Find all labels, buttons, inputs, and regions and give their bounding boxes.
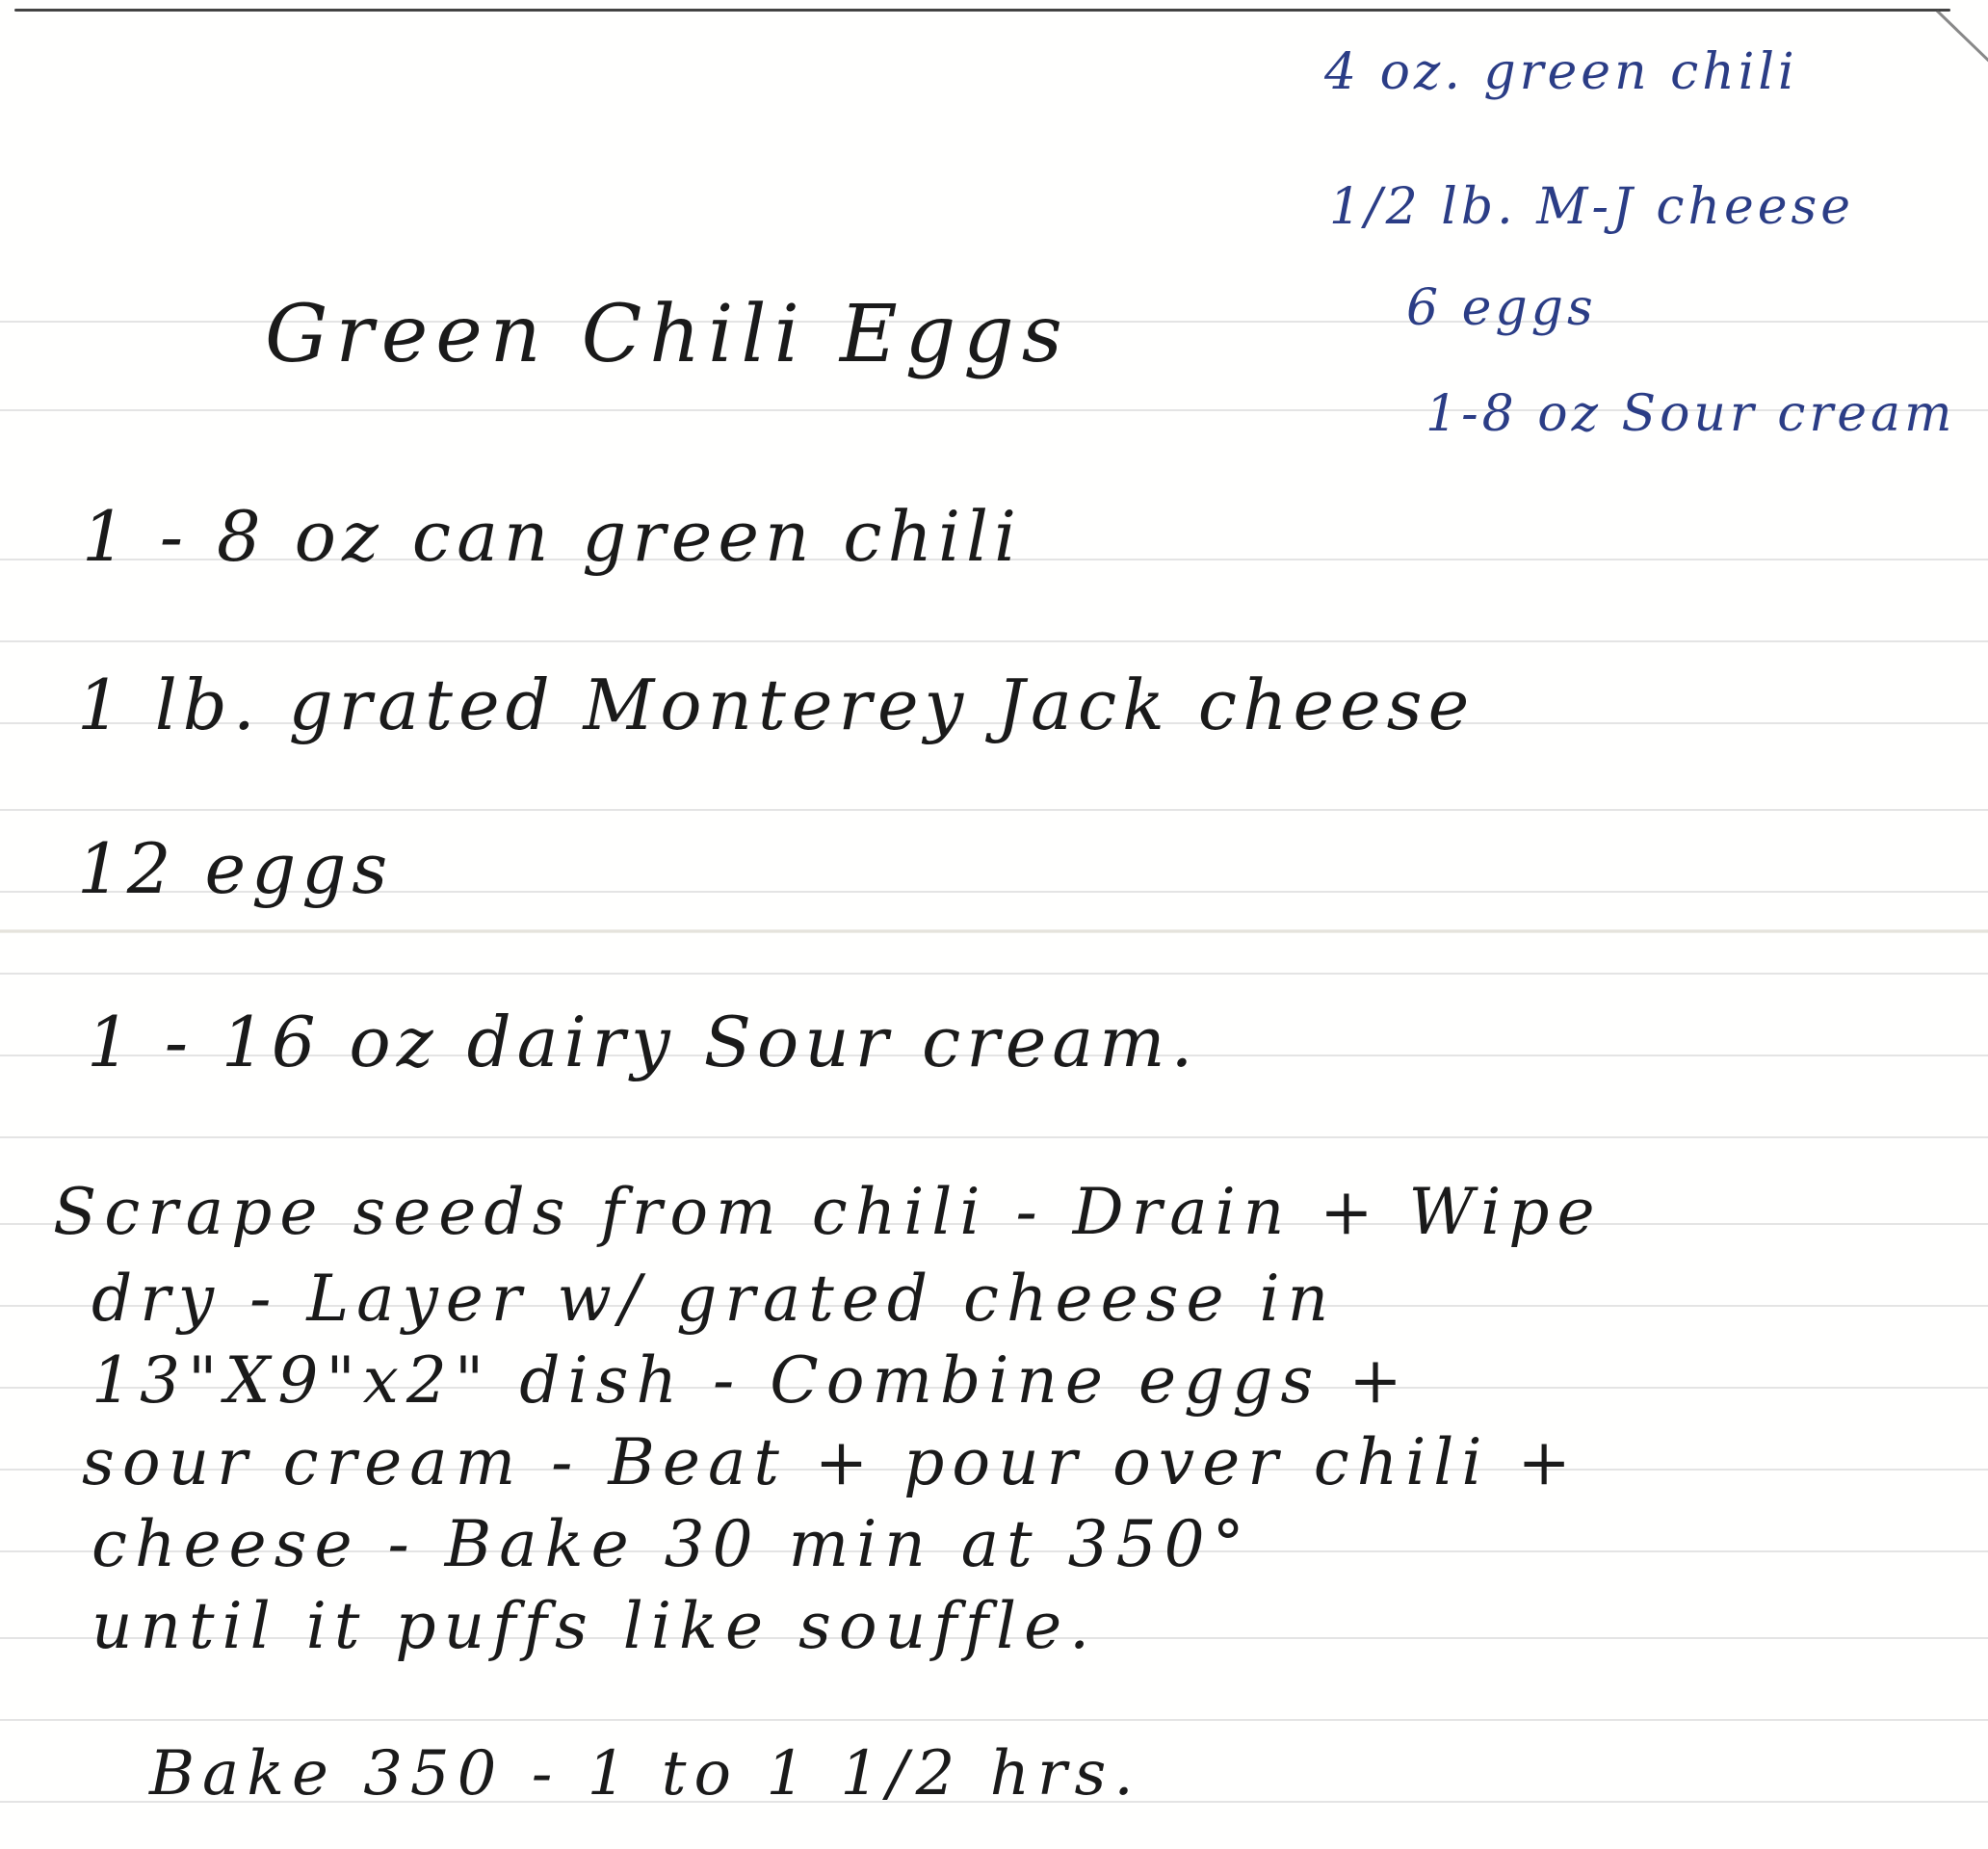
instruction-line: Scrape seeds from chili - Drain + Wipe <box>53 1175 1603 1249</box>
ruled-line <box>0 1136 1988 1138</box>
ruled-line <box>0 640 1988 642</box>
ruled-line <box>0 809 1988 811</box>
recipe-title: Green Chili Eggs <box>265 289 1070 380</box>
card-top-edge <box>14 9 1950 12</box>
ingredient-line: 1 lb. grated Monterey Jack cheese <box>77 664 1475 745</box>
ingredient-line: 1 - 16 oz dairy Sour cream. <box>87 1002 1198 1082</box>
margin-note: 1/2 lb. M-J cheese <box>1329 178 1854 236</box>
ruled-line <box>0 1719 1988 1721</box>
bake-note: Bake 350 - 1 to 1 1/2 hrs. <box>149 1738 1141 1810</box>
instruction-line: until it puffs like souffle. <box>92 1589 1097 1663</box>
fold-crease <box>0 929 1988 933</box>
margin-note: 4 oz. green chili <box>1324 43 1798 101</box>
instruction-line: 13"X9"x2" dish - Combine eggs + <box>92 1343 1410 1418</box>
ingredient-line: 1 - 8 oz can green chili <box>82 496 1022 577</box>
ingredient-line: 12 eggs <box>77 828 393 909</box>
instruction-line: cheese - Bake 30 min at 350° <box>92 1507 1252 1581</box>
recipe-card: 4 oz. green chili 1/2 lb. M-J cheese 6 e… <box>0 0 1988 1849</box>
margin-note: 6 eggs <box>1406 279 1597 337</box>
instruction-line: dry - Layer w/ grated cheese in <box>92 1262 1336 1336</box>
ruled-line <box>0 973 1988 975</box>
card-corner-edge <box>1936 10 1988 65</box>
margin-note: 1-8 oz Sour cream <box>1426 385 1955 443</box>
instruction-line: sour cream - Beat + pour over chili + <box>82 1425 1579 1499</box>
